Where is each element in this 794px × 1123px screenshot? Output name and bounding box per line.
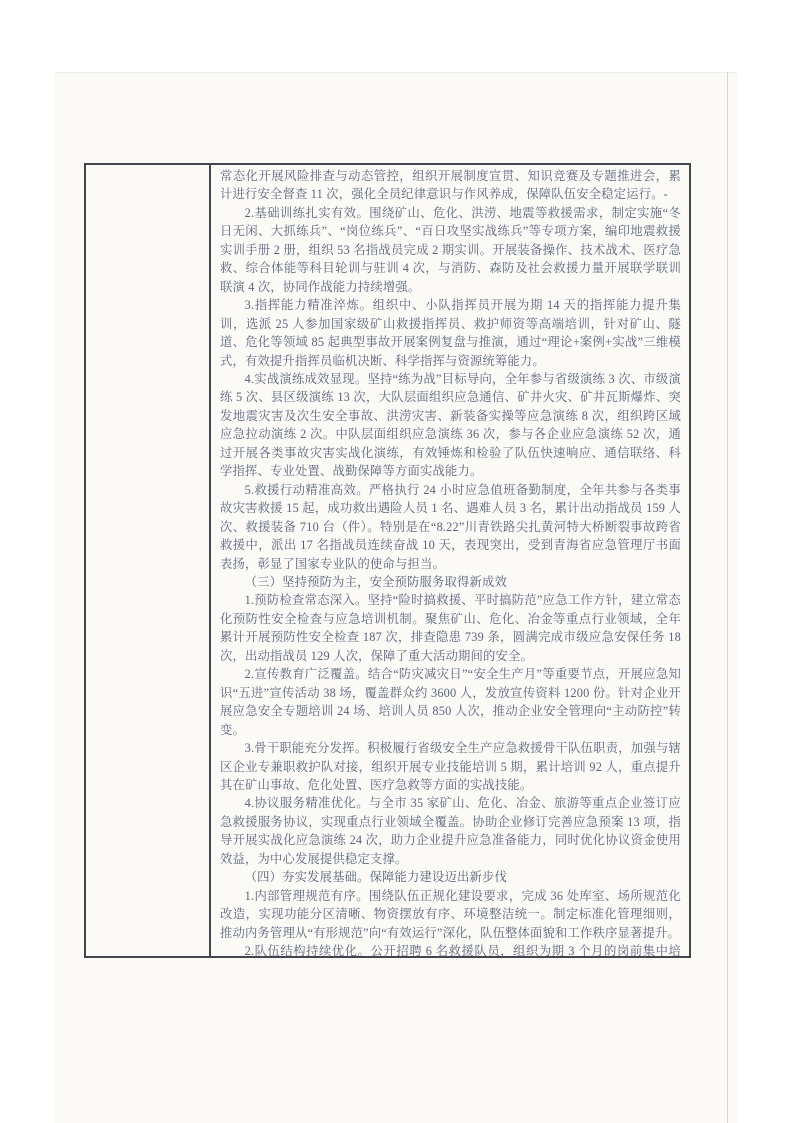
report-paragraph: 1.预防检查常态深入。坚持“险时搞救援、平时搞防范”应急工作方针，建立常态化预防… (220, 591, 681, 665)
report-paragraph: 常态化开展风险排查与动态管控，组织开展制度宣贯、知识竞赛及专题推进会，累计进行安… (220, 167, 681, 204)
report-paragraph: 2.宣传教育广泛覆盖。结合“防灾减灾日”“安全生产月”等重要节点，开展应急知识“… (220, 665, 681, 739)
table-body-cell: 常态化开展风险排查与动态管控，组织开展制度宣贯、知识竞赛及专题推进会，累计进行安… (211, 165, 689, 956)
paper-top-edge (55, 72, 737, 73)
report-paragraph: 4.实战演练成效显现。坚持“练为战”目标导向，全年参与省级演练 3 次、市级演练… (220, 370, 681, 481)
report-paragraph: 3.骨干职能充分发挥。积极履行省级安全生产应急救援骨干队伍职责，加强与辖区企业专… (220, 739, 681, 794)
report-paragraph: 2.队伍结构持续优化。公开招聘 6 名救援队员，组织为期 3 个月的岗前集中培训… (220, 942, 681, 956)
section-heading: （三）坚持预防为主，安全预防服务取得新成效 (220, 573, 681, 591)
report-table: 常态化开展风险排查与动态管控，组织开展制度宣贯、知识竞赛及专题推进会，累计进行安… (84, 163, 691, 958)
report-paragraph: 4.协议服务精准优化。与全市 35 家矿山、危化、冶金、旅游等重点企业签订应急救… (220, 794, 681, 868)
section-heading: （四）夯实发展基础。保障能力建设迈出新步伐 (220, 868, 681, 886)
report-paragraph: 3.指挥能力精准淬炼。组织中、小队指挥员开展为期 14 天的指挥能力提升集训，选… (220, 296, 681, 370)
report-paragraph: 5.救援行动精准高效。严格执行 24 小时应急值班备勤制度，全年共参与各类事故灾… (220, 481, 681, 573)
table-left-cell (86, 165, 211, 956)
paper-right-edge (727, 72, 728, 1123)
report-paragraph: 1.内部管理规范有序。围绕队伍正规化建设要求，完成 36 处库室、场所规范化改造… (220, 887, 681, 942)
scanned-report-page: { "page": { "kind": "scanned A4 report p… (0, 0, 794, 1123)
report-paragraph: 2.基础训练扎实有效。围绕矿山、危化、洪涝、地震等救援需求，制定实施“冬日无闲、… (220, 204, 681, 296)
